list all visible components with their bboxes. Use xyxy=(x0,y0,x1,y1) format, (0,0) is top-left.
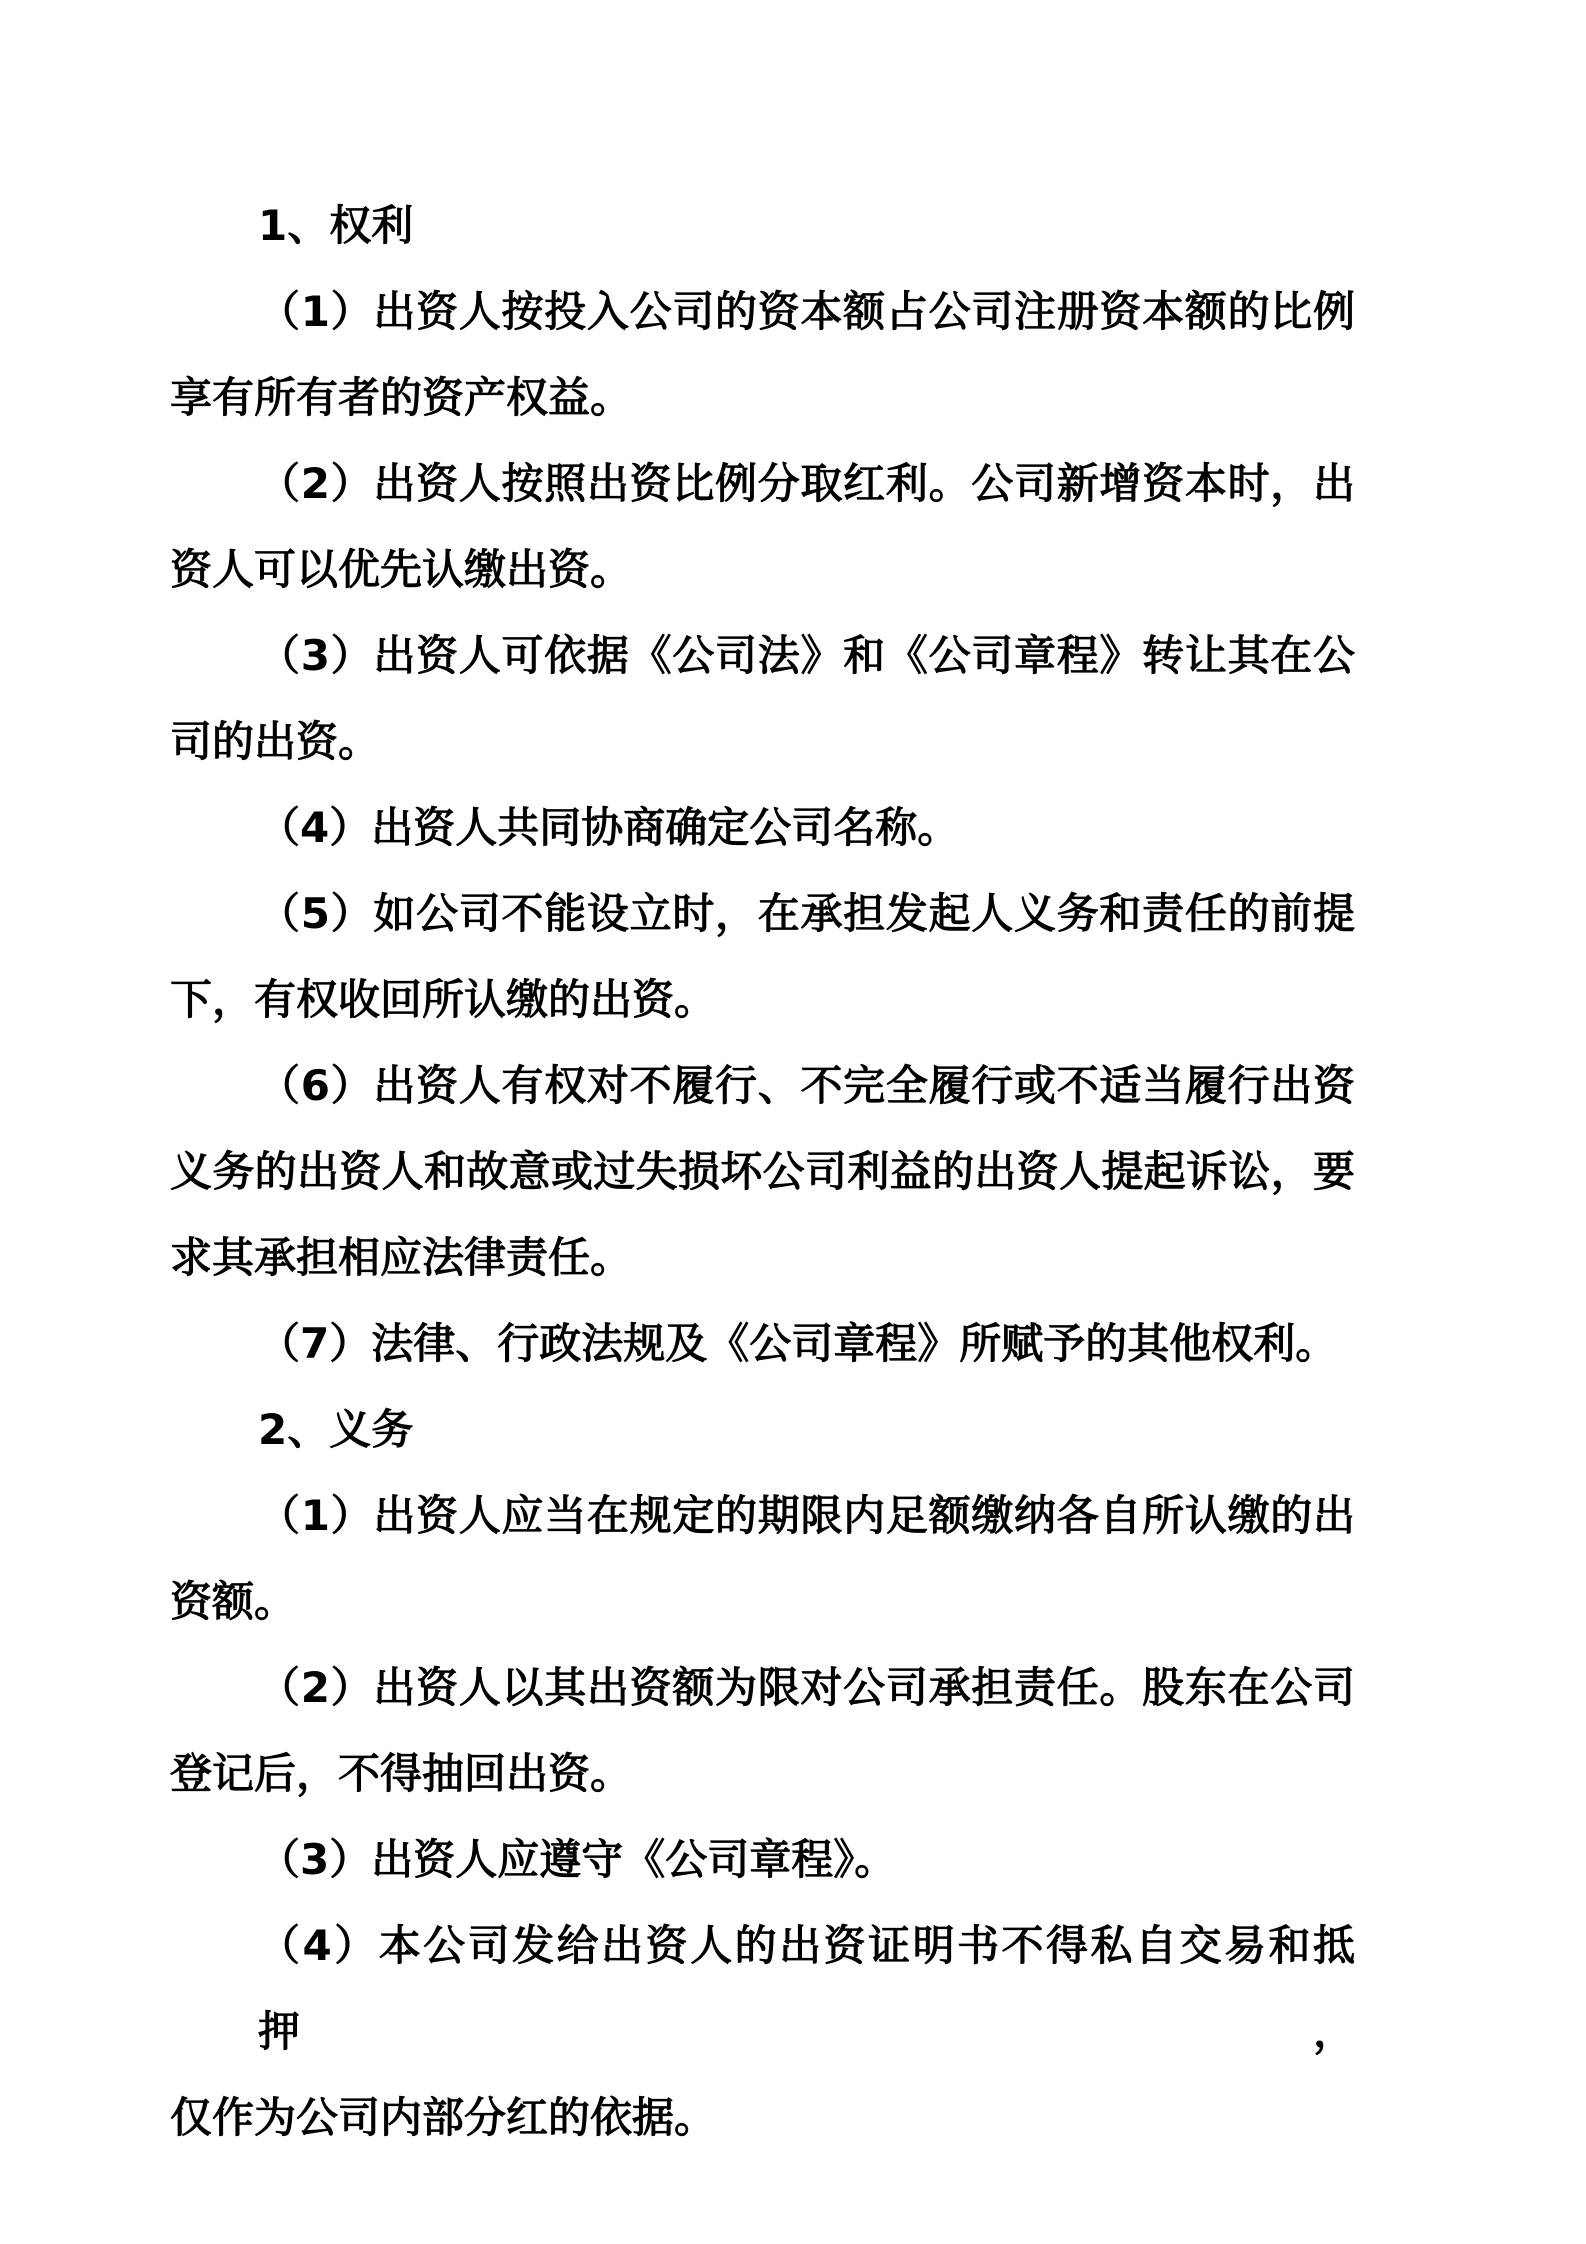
text-line: （7）法律、行政法规及《公司章程》所赋予的其他权利。 xyxy=(170,1301,1355,1387)
text-line: （3）出资人应遵守《公司章程》。 xyxy=(170,1817,1355,1903)
text-line: 享有所有者的资产权益。 xyxy=(170,355,1355,441)
section-heading-duties: 2、义务 xyxy=(170,1387,1355,1473)
text-line: （1）出资人应当在规定的期限内足额缴纳各自所认缴的出 xyxy=(170,1473,1355,1559)
text-line: （3）出资人可依据《公司法》和《公司章程》转让其在公 xyxy=(170,613,1355,699)
text-line: （2）出资人以其出资额为限对公司承担责任。股东在公司 xyxy=(170,1645,1355,1731)
text-line: （4）本公司发给出资人的出资证明书不得私自交易和抵押， xyxy=(170,1903,1355,2075)
text-line: （5）如公司不能设立时，在承担发起人义务和责任的前提 xyxy=(170,871,1355,957)
text-line: 下，有权收回所认缴的出资。 xyxy=(170,957,1355,1043)
text-line: （6）出资人有权对不履行、不完全履行或不适当履行出资 xyxy=(170,1043,1355,1129)
text-line: （4）出资人共同协商确定公司名称。 xyxy=(170,785,1355,871)
text-line: 司的出资。 xyxy=(170,699,1355,785)
text-line: 资人可以优先认缴出资。 xyxy=(170,527,1355,613)
section-heading-rights: 1、权利 xyxy=(170,183,1355,269)
text-line: 登记后，不得抽回出资。 xyxy=(170,1731,1355,1817)
text-line: （1）出资人按投入公司的资本额占公司注册资本额的比例 xyxy=(170,269,1355,355)
text-line: 仅作为公司内部分红的依据。 xyxy=(170,2075,1355,2161)
document-text-block: 1、权利 （1）出资人按投入公司的资本额占公司注册资本额的比例 享有所有者的资产… xyxy=(170,183,1355,2161)
document-page: 1、权利 （1）出资人按投入公司的资本额占公司注册资本额的比例 享有所有者的资产… xyxy=(0,0,1586,2244)
text-line: （2）出资人按照出资比例分取红利。公司新增资本时，出 xyxy=(170,441,1355,527)
text-line: 义务的出资人和故意或过失损坏公司利益的出资人提起诉讼，要 xyxy=(170,1129,1355,1215)
text-line: 资额。 xyxy=(170,1559,1355,1645)
text-line: 求其承担相应法律责任。 xyxy=(170,1215,1355,1301)
